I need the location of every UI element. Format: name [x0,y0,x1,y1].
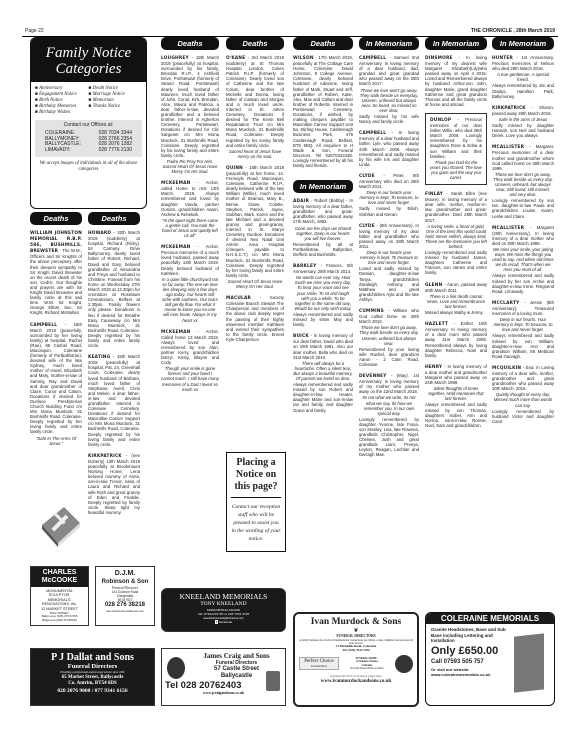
placing-notice-ad: Placing a Notice on this page? Contact o… [226,452,286,552]
section-header-in-memoriam: In Memoriam [425,37,487,50]
memoriam-notice: KIRKPATRICK - Sharon, passed away 28th M… [492,105,554,139]
kneeland-memorials-ad: KNEELAND MEMORIALS TONY KNEELAND MONUMEN… [161,588,286,632]
memoriam-notice: CUMMINS - William who God called home on… [359,308,419,367]
contact-offices: Contact our Offices at: COLERAINE:028 70… [35,120,142,157]
death-notice: QUINN - 18th March 2019 (peacefully) at … [226,165,284,289]
section-header-deaths: Deaths [161,37,219,50]
column-2: Deaths HOWARD - 20th March 2019 (suddenl… [88,212,140,521]
ivan-murdock-ad: Ivan Murdock & Sons ❦ FUNERAL DIRECTORS … [293,612,419,707]
column-8: In Memoriam HUNTER - 1st Anniversary. Pr… [492,37,554,430]
category-item: Birthday Wishes [35,110,89,116]
memoriam-notice: BUICK - In loving memory of our dear fat… [293,333,353,412]
death-notice: MCKEEMAN - Archie, Precious memories of … [161,244,219,322]
section-header-deaths: Deaths [88,212,140,225]
column-7: In Memoriam DINSMORE - In loving memory … [425,37,487,434]
memoriam-notice: DINSMORE - In loving memory of my deares… [425,55,487,107]
death-notice: WILSON - 17th March 2019, peacefully at … [293,55,353,168]
plaque-icon [266,671,280,691]
accept-images-text: We accept images of individuals in all o… [31,159,146,175]
family-notice-categories-box: Family Notice Categories Anniversary Dea… [30,37,147,209]
bible-cross-icon [38,503,83,548]
category-list: Anniversary Death Notice Engagement Noti… [31,82,146,118]
page-number: Page 22 [25,29,44,34]
death-notice: MCKEEMAN - Archie. Called home 13 March … [161,329,219,392]
death-notice: KIRKPATRICK - (nee Doherty) 13th March 2… [88,453,140,515]
coleraine-memorials-website-link[interactable]: www.colerainememorials.co.uk [431,672,516,677]
memoriam-notice: CAMPBELL - In loving memory of a dear hu… [359,130,419,167]
djm-robinson-ad: D.J.M. Robinson & Son Funeral Directors … [95,566,155,626]
coleraine-memorials-ad: COLERAINE MEMORIALS Granite Headstones, … [425,612,555,706]
crest-icon [167,657,185,679]
column-1: Deaths WILLIAM JOHNSTON MEMORIAL R.B.P. … [30,212,82,452]
death-notice: MCKEEMAN - Archie, called Home to rest 1… [161,180,219,238]
column-5: Deaths WILSON - 17th March 2019, peacefu… [293,37,353,419]
death-notice: WILLIAM JOHNSTON MEMORIAL R.B.P. 586, BU… [30,230,82,316]
memoriam-notice: MCALLISTER - Margaret (20th Anniversary)… [492,225,554,294]
memoriam-notice: FINLAY - Sarah Ellen (nee Moore). In lov… [425,191,487,276]
pj-dallat-ad: P J Dallat and Sons Funeral Directors Pr… [30,648,155,706]
memoriam-notice: HUNTER - 1st Anniversary. Precious memor… [492,55,554,99]
categories-title: Family Notice Categories [31,38,146,82]
perfect-choice-logo: Perfect ChoiceFuneral Plans [299,657,339,670]
memoriam-notice: HAZLETT - Esther 10th Anniversary. In lo… [425,321,487,358]
category-item: Thanks Notice [89,104,143,110]
office-row: LIMAVADY:028 7776 2130 [41,148,136,154]
memoriam-notice: GLENN - Aaron, passed away 30th March 20… [425,282,487,316]
column-3: Deaths LOUGHREY - 19th March 2019 (peace… [161,37,219,398]
memoriam-notice: CAMPBELL - Samuel 2nd Anniversary. In lo… [359,55,419,124]
death-notice: KEATING - 15th March 2019 (peacefully) a… [88,354,140,447]
memoriam-notice: CLYDE - (8th Anniversary). In loving mem… [359,223,419,302]
section-header-deaths: Deaths [293,37,353,50]
crest-icon [395,655,413,673]
section-header-in-memoriam: In Memoriam [293,180,353,193]
memoriam-notice: MCQUILKIN - Ena. In Loving memory of a d… [492,365,554,424]
column-4: Deaths O'KANE - 3rd March 2019 (suddenly… [226,37,284,348]
column-6: In Memoriam CAMPBELL - Samuel 2nd Annive… [359,37,419,464]
publication-date: THE CHRONICLE , 28th March 2019 [471,29,555,34]
james-craig-ad: James Craig and Sons Funeral Directors 5… [161,648,286,706]
memoriam-notice: CLYDE - Peter, 8th Anniversary who died … [359,173,419,217]
death-notice: O'KANE - 3rd March 2019 (suddenly) at St… [226,55,284,159]
page-header: Page 22 THE CHRONICLE , 28th March 2019 [22,28,558,37]
facebook-icon: f Facebook [162,620,285,624]
memoriam-notice: MCALLISTER - Margaret. Precious memories… [492,144,554,218]
section-header-deaths: Deaths [30,212,82,225]
charles-mccooke-ad: CHARLESMcCOOKE MONUMENTALSCULPTOR,MEMORI… [30,566,89,626]
headstone-icon [514,633,544,692]
death-notice: MACULAR - Society Coleraine Branch Stewa… [226,295,284,342]
memoriam-notice: ADAIR - Robert (Bobby) - In loving memor… [293,198,353,257]
dunlop-boxed-notice: DUNLOP - Precious memories of our dear f… [425,113,487,185]
death-notice: HOWARD - 20th March 2019 (suddenly) at h… [88,230,140,348]
memoriam-notice: HENRY - In loving memory of a dear mothe… [425,364,487,428]
section-header-deaths: Deaths [226,37,284,50]
memoriam-notice: BARKLEY - Frances. 5th Anniversary. 28th… [293,263,353,327]
memoriam-notice: MCCLARTY - Jessie (8th Anniversary). Tre… [492,300,554,359]
section-header-in-memoriam: In Memoriam [492,37,554,50]
memoriam-notice: DEVENNEY - (May). 1st Anniversary. In lo… [359,373,419,458]
death-notice: LOUGHREY - 19th March 2019 (peacefully) … [161,55,219,174]
section-header-in-memoriam: In Memoriam [359,37,419,50]
death-notice: CAMPBELL - 18th March 2019 (peacefully, … [30,322,82,446]
